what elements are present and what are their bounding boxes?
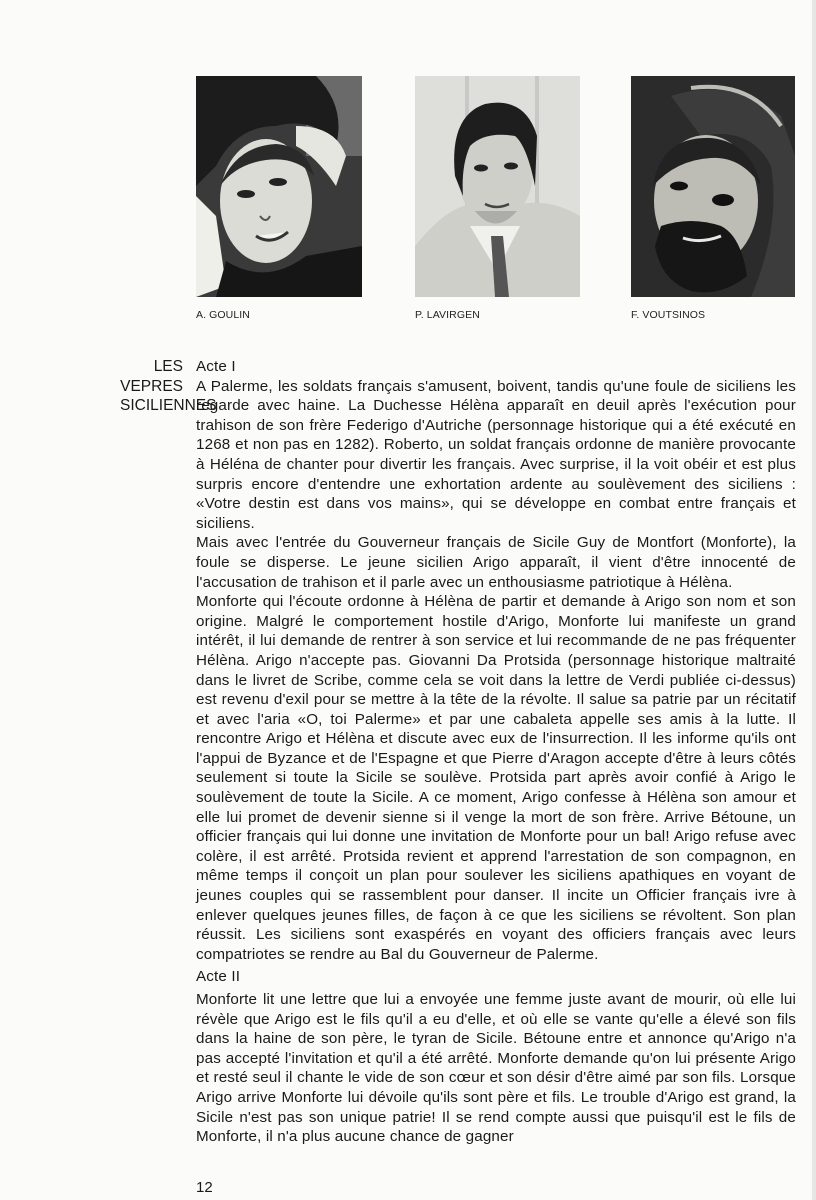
photo-p-lavirgen xyxy=(415,76,580,297)
page-edge xyxy=(812,0,816,1200)
synopsis-text: Acte I A Palerme, les soldats français s… xyxy=(196,357,796,1147)
page-number: 12 xyxy=(196,1179,213,1196)
portrait-man-suit-image xyxy=(415,76,580,297)
portrait-bearded-man-image xyxy=(631,76,795,297)
paragraph: A Palerme, les soldats français s'amusen… xyxy=(196,377,796,534)
paragraph: Monforte lit une lettre que lui a envoyé… xyxy=(196,990,796,1147)
section-title-line: SICILIENNES xyxy=(120,396,183,416)
section-title: LES VEPRES SICILIENNES xyxy=(120,357,183,416)
paragraph: Monforte qui l'écoute ordonne à Hélèna d… xyxy=(196,592,796,964)
photo-f-voutsinos xyxy=(631,76,795,297)
photo-caption: A. GOULIN xyxy=(196,309,250,321)
section-title-line: VEPRES xyxy=(120,377,183,397)
act-heading: Acte II xyxy=(196,967,796,987)
photo-caption: F. VOUTSINOS xyxy=(631,309,705,321)
act-heading: Acte I xyxy=(196,357,796,377)
paragraph: Mais avec l'entrée du Gouverneur françai… xyxy=(196,533,796,592)
portrait-woman-image xyxy=(196,76,362,297)
section-title-line: LES xyxy=(120,357,183,377)
photo-caption: P. LAVIRGEN xyxy=(415,309,480,321)
photo-a-goulin xyxy=(196,76,362,297)
